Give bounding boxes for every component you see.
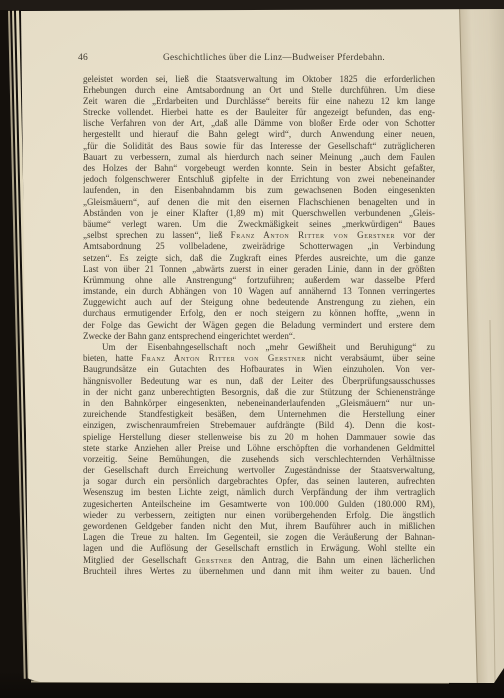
text-line: in der nicht ganz unberechtigten Besorgn… [83, 387, 435, 398]
text-line: bäume“ verlegt waren. Um die Zweckmäßigk… [83, 219, 435, 230]
body-text: geleistet worden sei, ließ die Staatsver… [83, 74, 435, 577]
text-line: „selbst sprechen zu lassen“, ließ Franz … [83, 230, 435, 241]
book-photo: { "photo": { "background_color": "#15110… [0, 0, 504, 698]
gutter-crease [459, 4, 504, 695]
text-line: bieten, hatte Franz Anton Ritter von Ger… [83, 353, 435, 364]
text-line: in den Bahnkörper eingesenkten, nebenein… [83, 398, 435, 409]
text-line: hergestellt und hierauf die Bahn gelegt … [83, 129, 435, 140]
text-line: gewordenen Geldgeber fanden nicht den Mu… [83, 521, 435, 532]
text-line: setzen“. Es zeigte sich, daß die Zugkraf… [83, 253, 435, 264]
text-line: lagen und die Auflösung der Gesellschaft… [83, 543, 435, 554]
person-name: Gerstner [195, 555, 233, 565]
text-line: des Holzes der Bahn“ vorgebeugt werden k… [83, 163, 435, 174]
text-line: Wesenszug im besten Lichte zeigt, nämlic… [83, 487, 435, 498]
person-name: Franz Anton Ritter von Gerstner [231, 230, 395, 240]
text-line: Um der Eisenbahngesellschaft noch „mehr … [83, 342, 435, 353]
text-line: imstande, ein durch Abhängen von 10 Wage… [83, 286, 435, 297]
text-line: vorzeitig. Seine Bemühungen, die zusehen… [83, 454, 435, 465]
text-line: geleistet worden sei, ließ die Staatsver… [83, 74, 435, 85]
text-line: laufenden, in den Eisenbahndamm bis zum … [83, 185, 435, 196]
text-line: Zwecke der Bahn ganz entsprechend einger… [83, 331, 435, 342]
text-line: spielige Herstellung dieser stellenweise… [83, 432, 435, 443]
page-number: 46 [78, 52, 88, 64]
text-line: Bruchteil ihres Wertes zu übernehmen und… [83, 566, 435, 577]
text-line: hängnisvoller Bedeutung war es nun, daß … [83, 376, 435, 387]
text-line: Zuggewicht auch auf der Steigung ohne be… [83, 297, 435, 308]
text-line: durchaus ermutigender Erfolg, den er noc… [83, 308, 435, 319]
text-line: jedoch folgenschwerer Entschluß gipfelte… [83, 174, 435, 185]
text-line: wieder zu verbessern, zeitigten nur eine… [83, 510, 435, 521]
text-line: der Folge das Gewicht der Wägen gegen di… [83, 320, 435, 331]
text-line: Erhebungen durch eine Amtsabordnung an O… [83, 85, 435, 96]
text-line: zugesicherten Anteilscheine im Gesamtwer… [83, 499, 435, 510]
text-line: stete starke Anziehen aller Preise und L… [83, 443, 435, 454]
text-line: lische Verfahren von der Art, „daß alle … [83, 118, 435, 129]
running-title: Geschichtliches über die Linz—Budweiser … [98, 52, 450, 64]
text-line: einzigen, zwischenraumfreien Strebemauer… [83, 420, 435, 431]
text-line: Baugrundsätze ein Gutachten des Hofbaura… [83, 364, 435, 375]
book-page: 46 Geschichtliches über die Linz—Budweis… [0, 0, 504, 698]
text-line: Strecke vollendet. Hierbei hatte es der … [83, 107, 435, 118]
text-line: Zeit waren die „Erdarbeiten und Durchläs… [83, 96, 435, 107]
text-line: Amtsabordnung 25 vollbeladene, zweirädri… [83, 241, 435, 252]
text-line: Bauart zu verbessern, zumal als hierdurc… [83, 152, 435, 163]
text-line: Krümmung ohne alle Anstrengung“ fortzufü… [83, 275, 435, 286]
text-line: Abständen von je einer Klafter (1,89 m) … [83, 208, 435, 219]
text-line: Mitglied der Gesellschaft Gerstner den A… [83, 555, 435, 566]
text-line: „Gleismäuern“, auf denen die mit den eis… [83, 197, 435, 208]
text-line: zureichende Standfestigkeit besäßen, dem… [83, 409, 435, 420]
text-line: Last von über 21 Tonnen „abwärts zuerst … [83, 264, 435, 275]
person-name: Franz Anton Ritter von Gerstner [141, 353, 306, 363]
text-line: der Gesellschaft durch Erreichung wertvo… [83, 465, 435, 476]
text-line: ja sogar durch ein persönlich dargebrach… [83, 476, 435, 487]
text-line: „für die Solidität des Baus sowie für da… [83, 141, 435, 152]
text-line: Lagen die Treue zu halten. Im Gegenteil,… [83, 532, 435, 543]
